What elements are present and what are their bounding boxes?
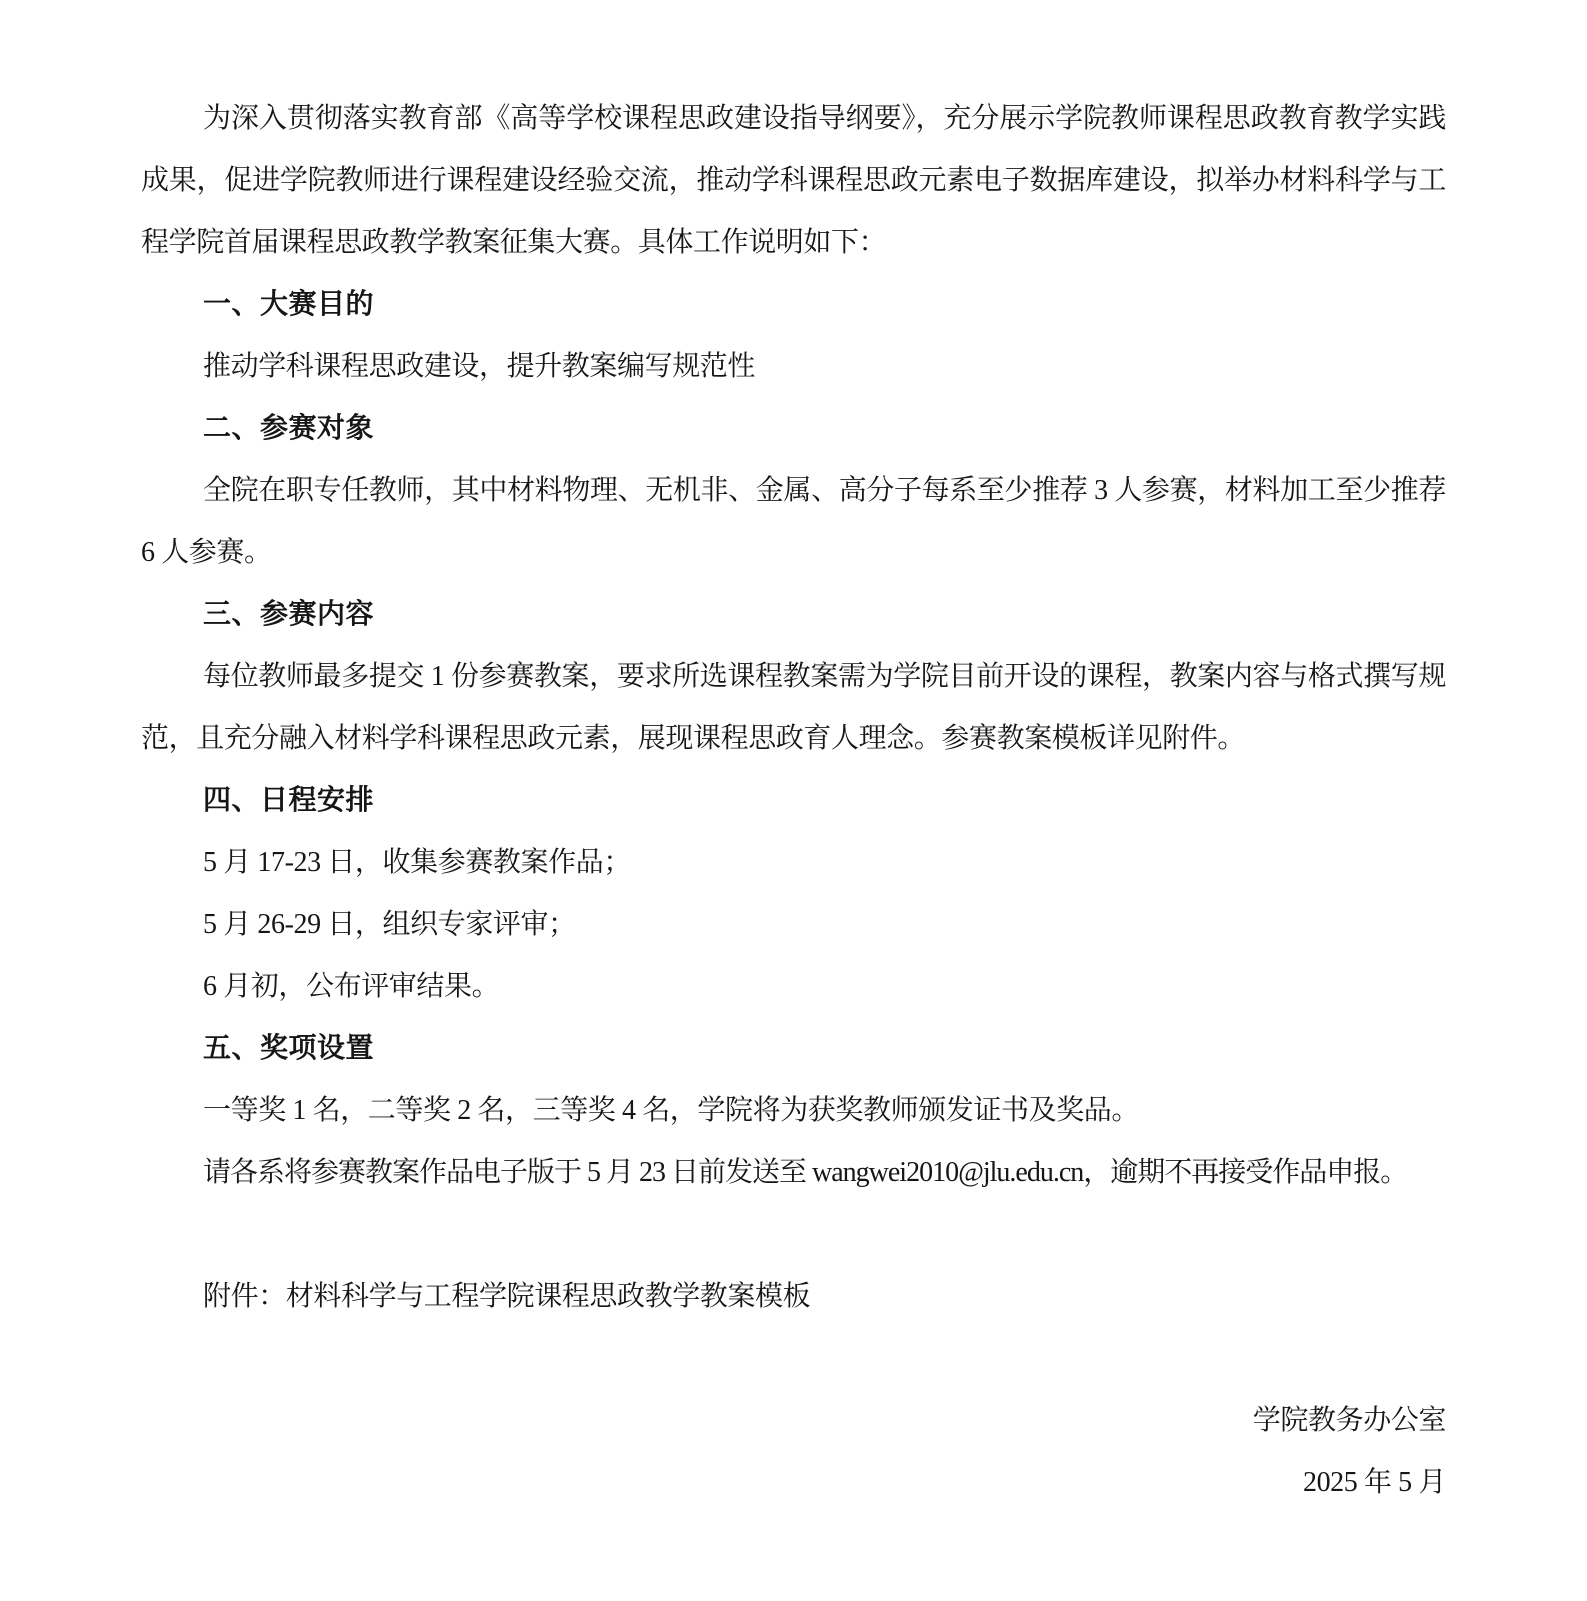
- document-page: 为深入贯彻落实教育部《高等学校课程思政建设指导纲要》，充分展示学院教师课程思政教…: [0, 0, 1587, 1601]
- participants-paragraph: 全院在职专任教师，其中材料物理、无机非、金属、高分子每系至少推荐 3 人参赛，材…: [141, 460, 1446, 584]
- entry-content-paragraph: 每位教师最多提交 1 份参赛教案，要求所选课程教案需为学院目前开设的课程，教案内…: [141, 646, 1446, 770]
- section-heading-awards: 五、奖项设置: [141, 1018, 1446, 1080]
- signature-org: 学院教务办公室: [141, 1390, 1446, 1452]
- schedule-item-collection: 5 月 17-23 日，收集参赛教案作品；: [141, 832, 1446, 894]
- contest-purpose-paragraph: 推动学科课程思政建设，提升教案编写规范性: [141, 336, 1446, 398]
- section-heading-schedule: 四、日程安排: [141, 770, 1446, 832]
- intro-paragraph: 为深入贯彻落实教育部《高等学校课程思政建设指导纲要》，充分展示学院教师课程思政教…: [141, 88, 1446, 274]
- section-heading-participants: 二、参赛对象: [141, 398, 1446, 460]
- schedule-item-results: 6 月初，公布评审结果。: [141, 956, 1446, 1018]
- schedule-item-review: 5 月 26-29 日，组织专家评审；: [141, 894, 1446, 956]
- section-heading-entry-content: 三、参赛内容: [141, 584, 1446, 646]
- blank-line: [141, 1328, 1446, 1390]
- section-heading-contest-purpose: 一、大赛目的: [141, 274, 1446, 336]
- signature-date: 2025 年 5 月: [141, 1452, 1446, 1514]
- submission-email-paragraph: 请各系将参赛教案作品电子版于 5 月 23 日前发送至 wangwei2010@…: [141, 1142, 1446, 1204]
- awards-paragraph: 一等奖 1 名，二等奖 2 名，三等奖 4 名，学院将为获奖教师颁发证书及奖品。: [141, 1080, 1446, 1142]
- blank-line: [141, 1204, 1446, 1266]
- document-body: 为深入贯彻落实教育部《高等学校课程思政建设指导纲要》，充分展示学院教师课程思政教…: [141, 88, 1446, 1514]
- attachment-line: 附件：材料科学与工程学院课程思政教学教案模板: [141, 1266, 1446, 1328]
